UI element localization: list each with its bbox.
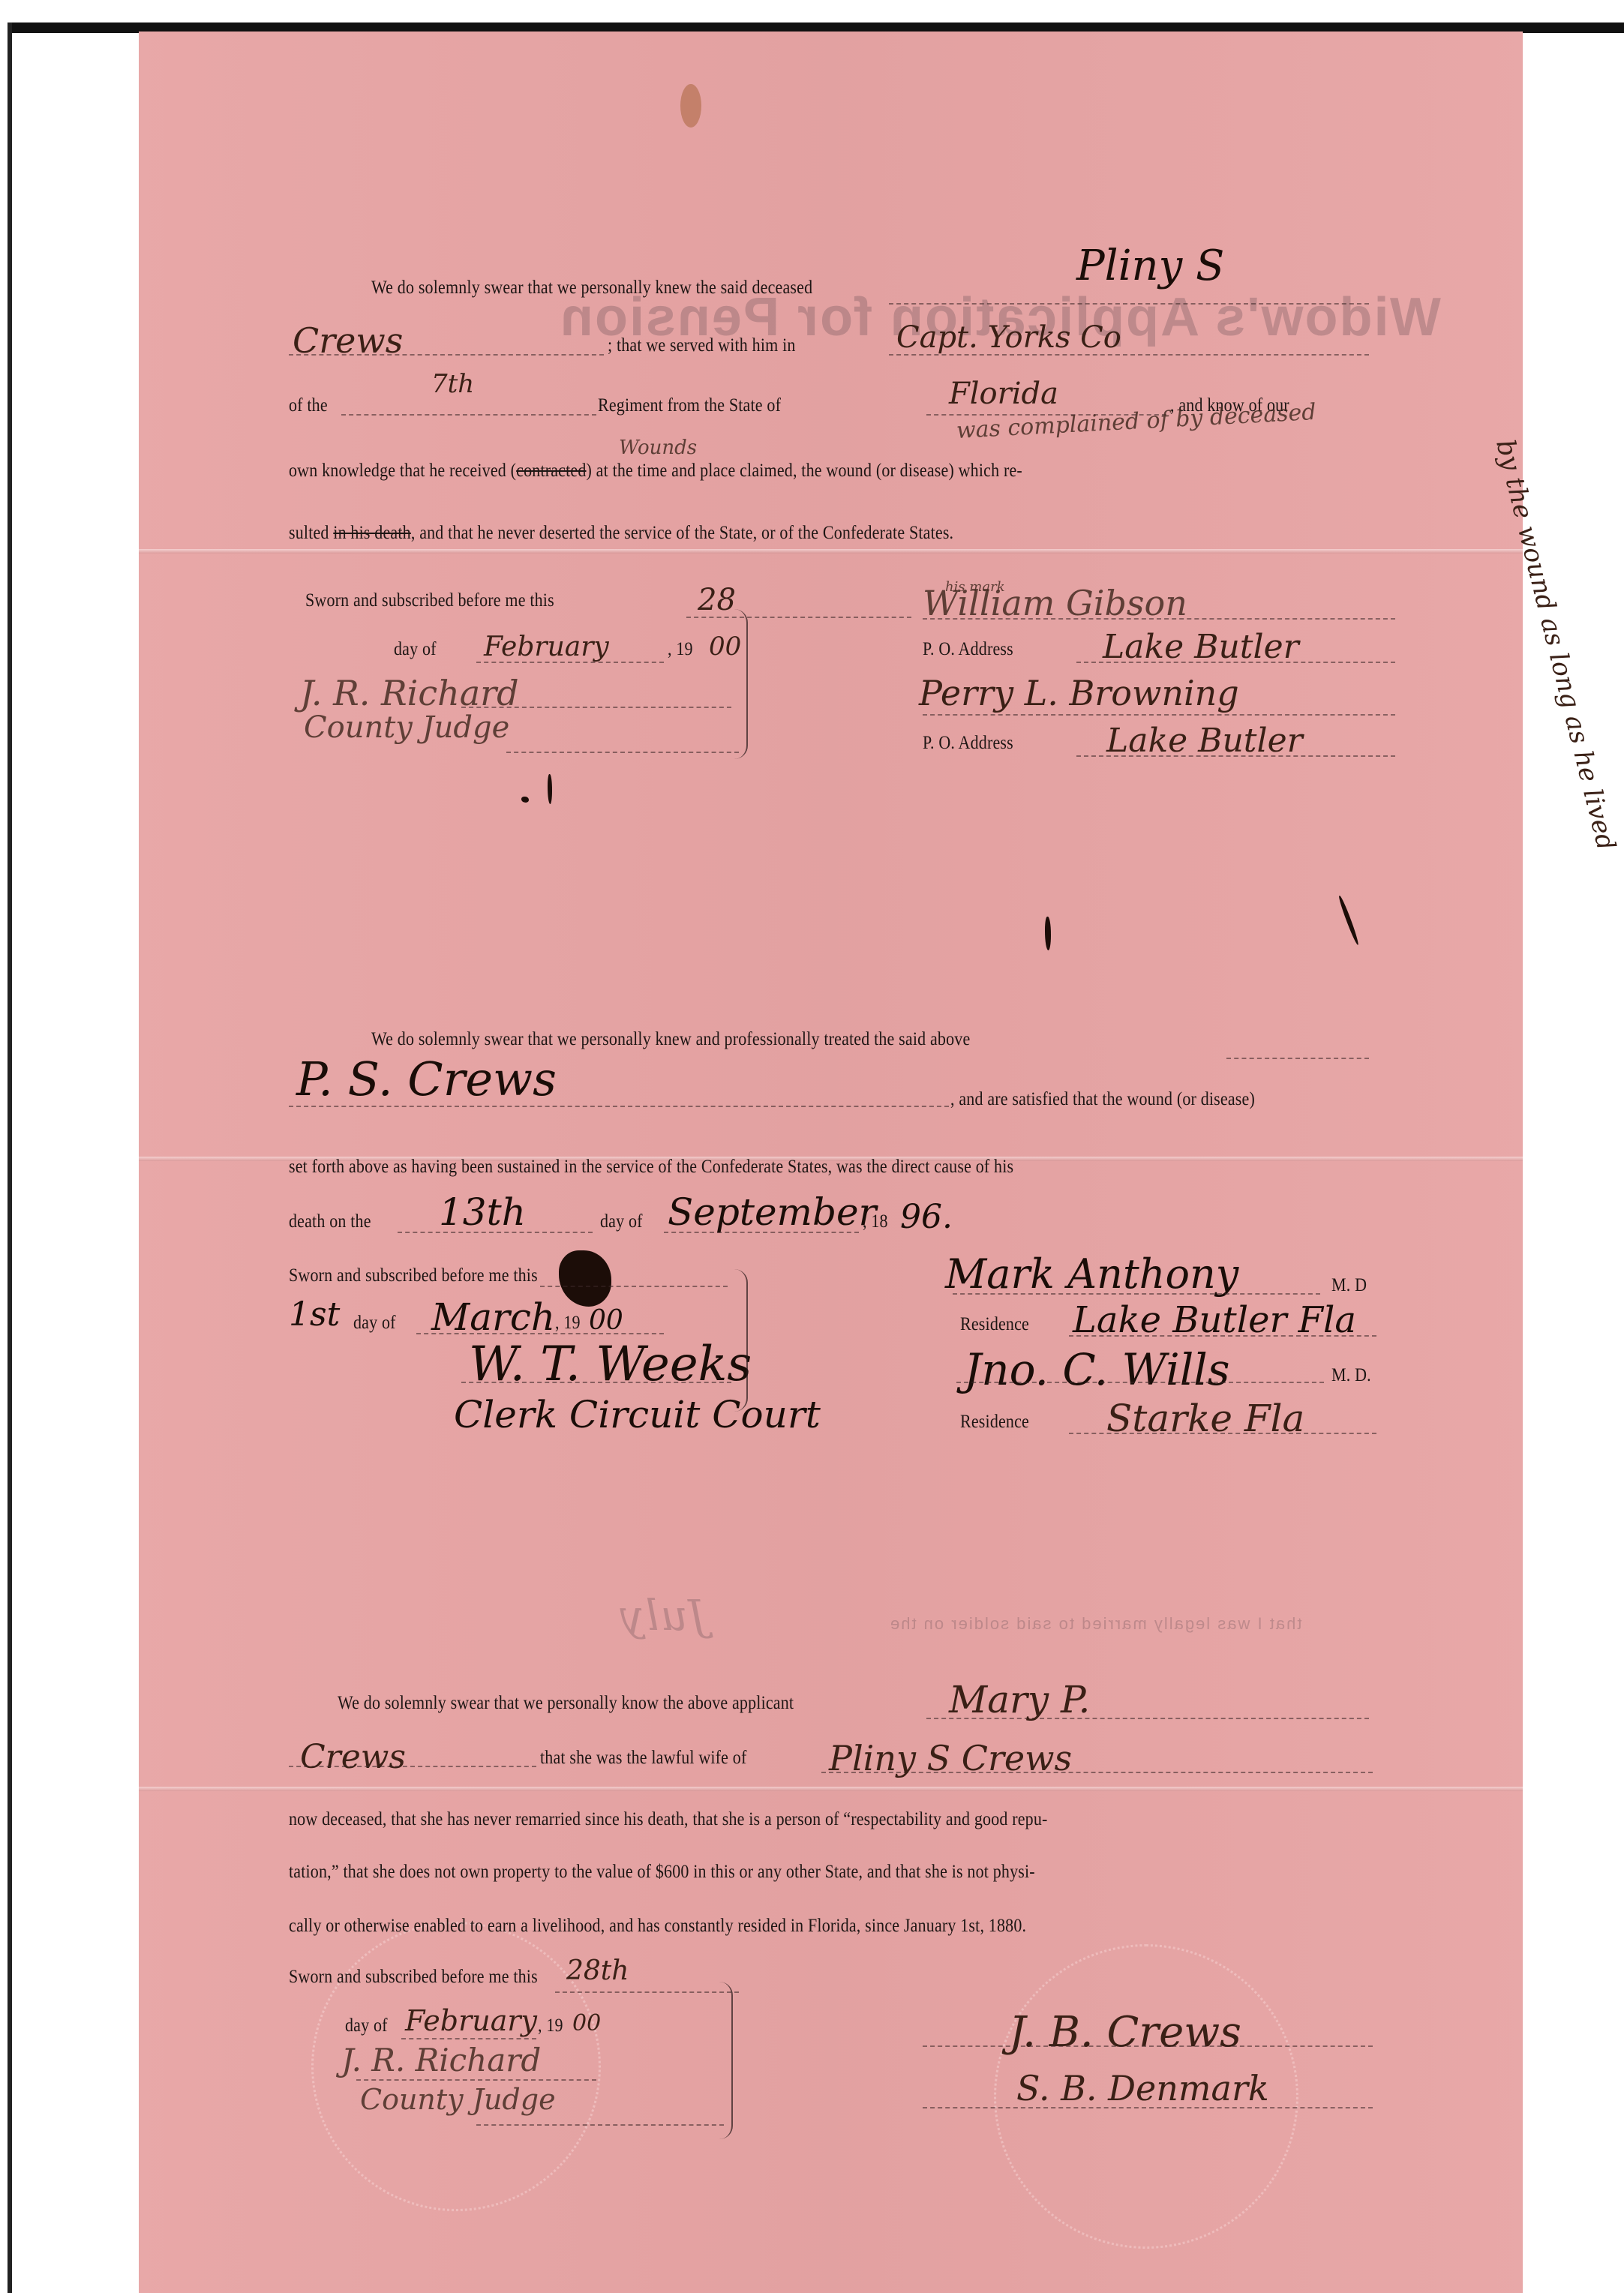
ink-spatter <box>548 774 552 804</box>
s1-officer-blank <box>461 707 731 708</box>
s3-line2-blank-a <box>289 1766 536 1767</box>
bleedthrough-month: July <box>619 1592 706 1640</box>
s2-residence-label-2: Residence <box>960 1412 1029 1433</box>
s1-witness2-address: Lake Butler <box>1106 722 1303 760</box>
s1-officer-title: County Judge <box>304 710 509 745</box>
s2-physician1-residence: Lake Butler Fla <box>1073 1299 1356 1341</box>
s2-officer-blank <box>461 1382 731 1383</box>
s2-line3: set forth above as having been sustained… <box>289 1157 1013 1178</box>
s1-deceased-first: Pliny S <box>1076 242 1224 290</box>
s2-death-year-prefix: , 18 <box>863 1211 888 1232</box>
s1-witness2-name: Perry L. Browning <box>919 673 1239 713</box>
ink-spatter <box>1337 895 1360 946</box>
s1-line3b: Regiment from the State of <box>598 395 781 416</box>
s3-husband: Pliny S Crews <box>829 1738 1072 1778</box>
s1-officer-title-blank <box>506 752 739 753</box>
s1-sworn-month: February <box>484 632 609 662</box>
s3-month-blank <box>401 2038 536 2039</box>
s2-physician2-blank <box>956 1382 1324 1383</box>
s1-line5-struck: in his death <box>333 523 411 543</box>
s3-officer-name: J. R. Richard <box>341 2042 541 2078</box>
ink-spatter <box>521 797 529 803</box>
s2-year-prefix: , 19 <box>555 1313 581 1334</box>
s2-year-suffix: 00 <box>589 1305 623 1336</box>
s2-physician1-name: Mark Anthony <box>945 1250 1238 1298</box>
s1-line4-b: ) at the time and place claimed, the wou… <box>587 461 1022 481</box>
s1-po-label-1: P. O. Address <box>923 639 1013 660</box>
s1-sworn: Sworn and subscribed before me this <box>305 590 554 611</box>
stain <box>680 84 701 128</box>
fold-crease <box>139 549 1523 554</box>
s3-line2: that she was the lawful wife of <box>540 1748 746 1769</box>
s1-regiment: 7th <box>431 369 474 399</box>
s1-witness1-name: William Gibson <box>923 583 1187 623</box>
s2-residence-label-1: Residence <box>960 1314 1029 1335</box>
s1-brace <box>731 609 748 759</box>
s3-witness2-blank <box>923 2107 1373 2108</box>
scanner-frame-left <box>8 23 12 2293</box>
s2-death-month: September <box>668 1190 876 1234</box>
s1-regiment-blank <box>341 414 596 416</box>
s3-sworn: Sworn and subscribed before me this <box>289 1967 538 1988</box>
s3-applicant-last: Crews <box>300 1738 406 1776</box>
s3-sworn-day-blank <box>555 1991 739 1993</box>
s1-company: Capt. Yorks Co <box>896 320 1121 355</box>
s2-sworn-day-blank <box>540 1286 728 1287</box>
s3-year-prefix: , 19 <box>538 2015 563 2036</box>
s3-witness1-blank <box>923 2045 1373 2047</box>
s3-line5: cally or otherwise enabled to earn a liv… <box>289 1916 1026 1937</box>
s2-brace <box>731 1269 748 1412</box>
s1-year-prefix: , 19 <box>668 639 693 660</box>
margin-note-vertical: by the wound as long as he lived <box>1490 437 1621 854</box>
s2-death-b: day of <box>600 1211 643 1232</box>
s2-line2-blank <box>289 1106 949 1107</box>
s1-line5-b: , and that he never deserted the service… <box>411 523 953 543</box>
s2-physician1-blank <box>953 1293 1320 1295</box>
s1-line2: ; that we served with him in <box>608 335 796 356</box>
s3-applicant-first: Mary P. <box>949 1678 1090 1721</box>
s3-witness1-name: J. B. Crews <box>1009 2008 1241 2057</box>
s3-officer-title: County Judge <box>360 2083 556 2116</box>
s1-line1-blank <box>889 303 1369 305</box>
s3-officer-blank <box>356 2079 596 2081</box>
s3-officer-title-blank <box>476 2124 724 2126</box>
s1-sworn-day: 28 <box>698 583 736 617</box>
s1-witness2-blank <box>923 714 1395 716</box>
s1-state: Florida <box>949 377 1058 411</box>
s2-officer-name: W. T. Weeks <box>469 1337 752 1392</box>
s1-dayof: day of <box>394 639 437 660</box>
s3-sworn-day: 28th <box>566 1955 629 1986</box>
s2-sworn-day: 1st <box>289 1295 340 1334</box>
s2-sworn: Sworn and subscribed before me this <box>289 1265 538 1286</box>
s3-dayof: day of <box>345 2015 388 2036</box>
s1-line1: We do solemnly swear that we personally … <box>371 278 812 299</box>
s2-physician1-suffix: M. D <box>1331 1275 1367 1296</box>
s1-line4-struck: contracted <box>516 461 586 481</box>
s1-line3a: of the <box>289 395 328 416</box>
s2-death-year-suffix: 96. <box>900 1198 953 1236</box>
s2-dayof: day of <box>353 1313 396 1334</box>
s2-physician2-residence: Starke Fla <box>1106 1397 1304 1440</box>
s3-sworn-month: February <box>405 2004 537 2037</box>
s1-line2-blank-a <box>289 354 604 356</box>
s1-line4: own knowledge that he received (contract… <box>289 461 1022 482</box>
s2-death-a: death on the <box>289 1211 371 1232</box>
s2-sworn-month: March <box>431 1295 555 1339</box>
s3-year-suffix: 00 <box>572 2010 601 2036</box>
fold-crease <box>139 1787 1523 1791</box>
s3-witness2-name: S. B. Denmark <box>1016 2068 1269 2108</box>
s1-witness1-blank <box>923 618 1395 620</box>
s3-line1: We do solemnly swear that we personally … <box>338 1693 794 1714</box>
s3-line3: now deceased, that she has never remarri… <box>289 1809 1048 1830</box>
s2-death-day: 13th <box>439 1190 526 1234</box>
s1-po-label-2: P. O. Address <box>923 733 1013 754</box>
s3-line4: tation,” that she does not own property … <box>289 1862 1035 1883</box>
s1-line5-a: sulted <box>289 523 329 543</box>
bleedthrough-line-a: that I was legally married to said soldi… <box>889 1614 1301 1634</box>
s1-inserted-wounds: Wounds <box>619 437 697 459</box>
s2-line1: We do solemnly swear that we personally … <box>371 1029 970 1050</box>
pension-document-page: Widow's Application for Pension We do so… <box>139 32 1523 2293</box>
s2-deceased: P. S. Crews <box>296 1052 557 1106</box>
s2-officer-title: Clerk Circuit Court <box>454 1393 821 1436</box>
ink-spatter <box>1045 917 1051 950</box>
s2-physician2-name: Jno. C. Wills <box>964 1344 1230 1395</box>
s1-line4-a: own knowledge that he received ( <box>289 461 516 481</box>
s1-line5: sulted in his death, and that he never d… <box>289 523 953 544</box>
s3-brace <box>716 1982 733 2139</box>
ink-blot-over-date <box>559 1250 611 1307</box>
s2-physician2-suffix: M. D. <box>1331 1365 1371 1386</box>
s1-witness1-address: Lake Butler <box>1103 628 1299 666</box>
s2-line2: , and are satisfied that the wound (or d… <box>950 1089 1255 1110</box>
s2-line1-blank <box>1226 1058 1369 1059</box>
